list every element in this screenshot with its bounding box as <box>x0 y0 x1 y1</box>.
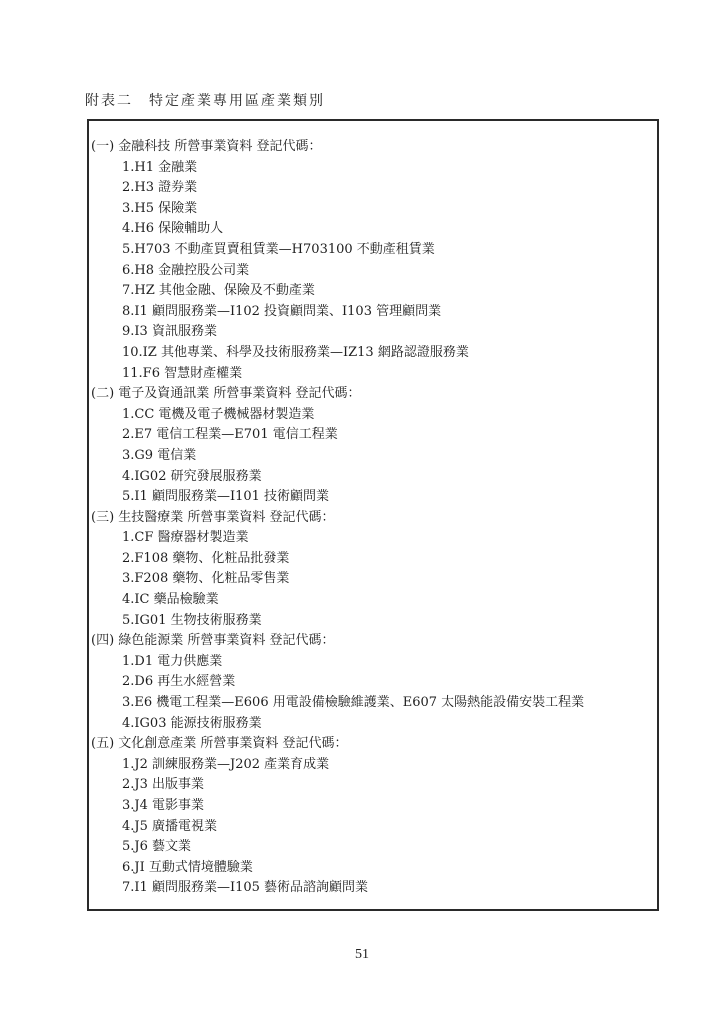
section-number: (一) <box>91 139 114 154</box>
list-item: 4.IG02 研究發展服務業 <box>91 467 657 488</box>
section-title: 電子及資通訊業 所營事業資料 登記代碼： <box>118 386 360 401</box>
list-item: 5.IG01 生物技術服務業 <box>91 611 657 632</box>
list-item: 5.I1 顧問服務業—I101 技術顧問業 <box>91 487 657 508</box>
section-title: 生技醫療業 所營事業資料 登記代碼： <box>118 510 334 525</box>
list-item: 11.F6 智慧財產權業 <box>91 364 657 385</box>
list-item: 7.I1 顧問服務業—I105 藝術品諮詢顧問業 <box>91 878 657 899</box>
list-item: 2.F108 藥物、化粧品批發業 <box>91 549 657 570</box>
industry-category-box: (一) 金融科技 所營事業資料 登記代碼： 1.H1 金融業 2.H3 證券業 … <box>87 119 659 911</box>
page-heading: 附表二特定產業專用區產業類別 <box>85 90 325 110</box>
list-item: 1.CC 電機及電子機械器材製造業 <box>91 405 657 426</box>
list-item: 9.I3 資訊服務業 <box>91 322 657 343</box>
list-item: 2.D6 再生水經營業 <box>91 672 657 693</box>
list-item: 8.I1 顧問服務業—I102 投資顧問業、I103 管理顧問業 <box>91 302 657 323</box>
list-item: 1.CF 醫療器材製造業 <box>91 528 657 549</box>
list-item: 6.H8 金融控股公司業 <box>91 261 657 282</box>
section-heading-cultural-creative: (五) 文化創意產業 所營事業資料 登記代碼： <box>91 734 657 755</box>
list-item: 6.JI 互動式情境體驗業 <box>91 858 657 879</box>
list-item: 2.E7 電信工程業—E701 電信工程業 <box>91 425 657 446</box>
appendix-title: 特定產業專用區產業類別 <box>149 93 325 109</box>
appendix-label: 附表二 <box>85 93 133 109</box>
list-item: 2.J3 出版事業 <box>91 775 657 796</box>
section-title: 綠色能源業 所營事業資料 登記代碼： <box>118 633 334 648</box>
list-item: 5.J6 藝文業 <box>91 837 657 858</box>
section-number: (四) <box>91 633 114 648</box>
list-item: 4.J5 廣播電視業 <box>91 817 657 838</box>
section-number: (二) <box>91 386 114 401</box>
list-item: 4.IC 藥品檢驗業 <box>91 590 657 611</box>
list-item: 3.F208 藥物、化粧品零售業 <box>91 569 657 590</box>
list-item: 2.H3 證券業 <box>91 178 657 199</box>
list-item: 1.J2 訓練服務業—J202 產業育成業 <box>91 755 657 776</box>
list-item: 10.IZ 其他專業、科學及技術服務業—IZ13 網路認證服務業 <box>91 343 657 364</box>
section-heading-fintech: (一) 金融科技 所營事業資料 登記代碼： <box>91 137 657 158</box>
list-item: 3.E6 機電工程業—E606 用電設備檢驗維護業、E607 太陽熱能設備安裝工… <box>91 693 657 714</box>
list-item: 1.H1 金融業 <box>91 158 657 179</box>
list-item: 4.H6 保險輔助人 <box>91 219 657 240</box>
section-title: 文化創意產業 所營事業資料 登記代碼： <box>118 736 347 751</box>
section-heading-green-energy: (四) 綠色能源業 所營事業資料 登記代碼： <box>91 631 657 652</box>
section-title: 金融科技 所營事業資料 登記代碼： <box>118 139 321 154</box>
list-item: 4.IG03 能源技術服務業 <box>91 714 657 735</box>
section-number: (三) <box>91 510 114 525</box>
industry-category-list: (一) 金融科技 所營事業資料 登記代碼： 1.H1 金融業 2.H3 證券業 … <box>91 137 657 899</box>
section-number: (五) <box>91 736 114 751</box>
page-number: 51 <box>0 947 724 963</box>
list-item: 7.HZ 其他金融、保險及不動產業 <box>91 281 657 302</box>
list-item: 5.H703 不動產買賣租賃業—H703100 不動產租賃業 <box>91 240 657 261</box>
list-item: 3.H5 保險業 <box>91 199 657 220</box>
list-item: 3.J4 電影事業 <box>91 796 657 817</box>
list-item: 3.G9 電信業 <box>91 446 657 467</box>
section-heading-biotech: (三) 生技醫療業 所營事業資料 登記代碼： <box>91 508 657 529</box>
section-heading-electronics: (二) 電子及資通訊業 所營事業資料 登記代碼： <box>91 384 657 405</box>
list-item: 1.D1 電力供應業 <box>91 652 657 673</box>
